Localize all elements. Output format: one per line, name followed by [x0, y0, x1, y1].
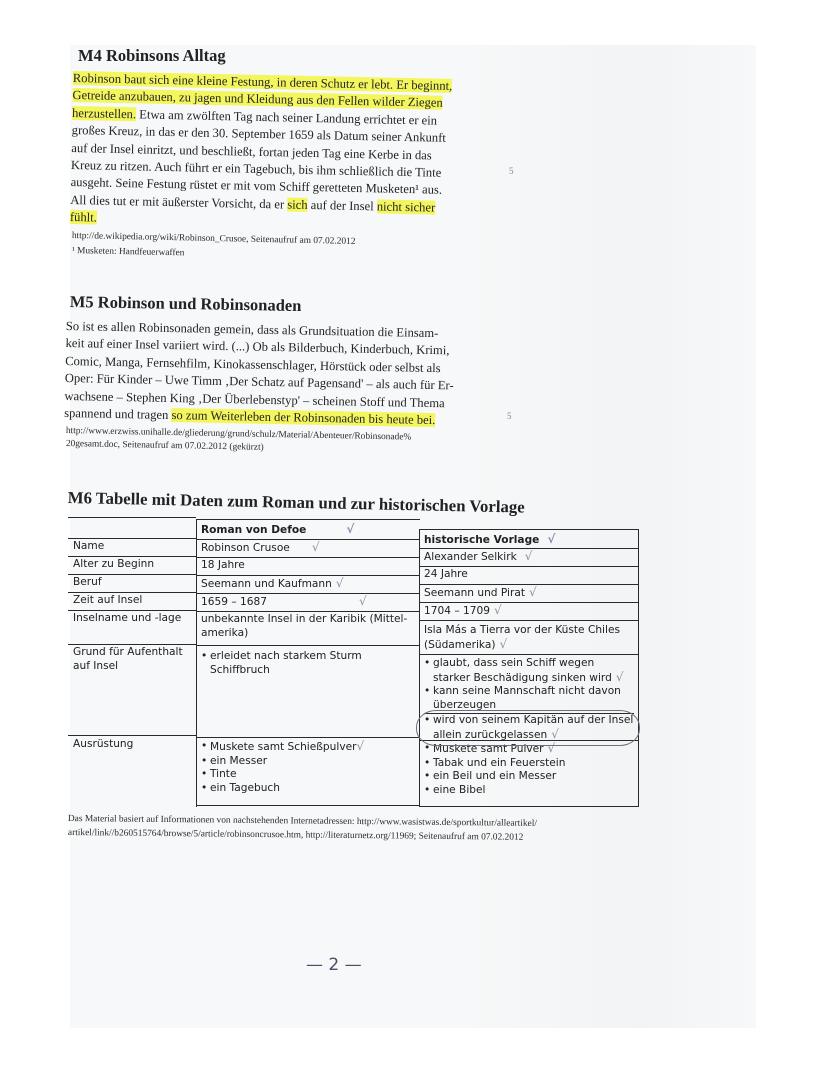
label-beruf: Beruf — [68, 575, 107, 591]
label-zeit: Zeit auf Insel — [68, 593, 147, 609]
highlighted-text: herzustellen. — [72, 106, 136, 121]
cell-roman-name: Robinson Crusoe√ — [196, 540, 324, 557]
page-number: — 2 — — [306, 955, 362, 975]
pen-circle-annotation — [416, 710, 640, 746]
label-name: Name — [68, 539, 109, 555]
check-mark-icon: √ — [494, 603, 502, 617]
list-item: erleidet nach starkem Sturm Schiffbruch — [201, 650, 415, 677]
cell-historisch-zeit: 1704 – 1709√ — [419, 603, 507, 620]
cell-historisch-name: Alexander Selkirk√ — [419, 549, 537, 566]
highlighted-text: fühlt. — [70, 210, 97, 225]
line-number: 5 — [507, 411, 512, 421]
label-ausruestung: Ausrüstung — [68, 737, 138, 753]
check-mark-icon: √ — [616, 670, 624, 684]
cell-roman-beruf: Seemann und Kaufmann√ — [196, 576, 348, 593]
check-mark-icon: √ — [529, 585, 537, 599]
m5-heading: M5 Robinson und Robinsonaden — [70, 292, 302, 316]
list-item: ein Tagebuch — [201, 782, 415, 796]
list-item-text: glaubt, dass sein Schiff wegen starker B… — [433, 657, 612, 684]
text-span: All dies tut er mit äußerster Vorsicht, … — [70, 193, 287, 212]
m5-text: So ist es allen Robinsonaden gemein, das… — [64, 318, 498, 431]
cell-text: Robinson Crusoe — [201, 542, 290, 554]
line-number: 5 — [509, 166, 514, 176]
list-item: ein Beil und ein Messer — [424, 770, 634, 784]
cell-historisch-ausruestung: Muskete samt Pulver√ Tabak und ein Feuer… — [419, 741, 639, 798]
list-item: glaubt, dass sein Schiff wegen starker B… — [424, 657, 634, 685]
list-item: Tinte — [201, 768, 415, 782]
cell-text: Seemann und Kaufmann — [201, 578, 332, 590]
m4-text: Robinson baut sich eine kleine Festung, … — [70, 70, 501, 236]
label-alter: Alter zu Beginn — [68, 557, 159, 573]
m4-heading: M4 Robinsons Alltag — [78, 46, 226, 66]
check-mark-icon: √ — [525, 549, 533, 563]
header-text: Roman von Defoe — [201, 524, 306, 536]
highlighted-text: sich — [287, 197, 308, 211]
cell-text: 1659 – 1687 — [201, 596, 267, 608]
cell-historisch-insel: Isla Más a Tierra vor der Küste Chiles (… — [419, 623, 637, 653]
cell-text: 1704 – 1709 — [424, 605, 490, 617]
header-text: historische Vorlage — [424, 534, 539, 546]
historisch-column: historische Vorlage√ Alexander Selkirk√ … — [419, 529, 639, 811]
highlighted-text: nicht sicher — [377, 199, 436, 214]
cell-text: Isla Más a Tierra vor der Küste Chiles (… — [424, 624, 620, 651]
check-mark-icon: √ — [346, 522, 354, 536]
row-labels-column: Name Alter zu Beginn Beruf Zeit auf Inse… — [68, 517, 196, 807]
header-roman: Roman von Defoe√ — [196, 522, 359, 539]
source-text: artikel/link//b260515764/browse/5/articl… — [68, 828, 523, 843]
cell-historisch-alter: 24 Jahre — [419, 567, 473, 583]
check-mark-icon: √ — [336, 576, 344, 590]
check-mark-icon: √ — [356, 739, 364, 753]
list-item: kann seine Mannschaft nicht davon überze… — [424, 685, 634, 712]
header-historisch: historische Vorlage√ — [419, 532, 560, 549]
cell-historisch-beruf: Seemann und Pirat√ — [419, 585, 542, 602]
roman-column: Roman von Defoe√ Robinson Crusoe√ 18 Jah… — [196, 519, 420, 809]
cell-roman-insel: unbekannte Insel in der Karibik (Mittel-… — [196, 612, 414, 641]
cell-roman-zeit: 1659 – 1687√ — [196, 594, 420, 611]
list-item: Tabak und ein Feuerstein — [424, 757, 634, 771]
m4-footnote: ¹ Musketen: Handfeuerwaffen — [72, 245, 185, 260]
text-span: spannend und tragen — [64, 406, 172, 422]
cell-roman-ausruestung: Muskete samt Schießpulver√ ein Messer Ti… — [196, 739, 420, 796]
label-insel: Inselname und -lage — [68, 611, 186, 627]
list-item: Muskete samt Schießpulver√ — [201, 740, 415, 755]
list-item-text: Muskete samt Schießpulver — [210, 741, 356, 753]
check-mark-icon: √ — [359, 594, 367, 608]
check-mark-icon: √ — [547, 532, 555, 546]
cell-roman-alter: 18 Jahre — [196, 558, 250, 574]
cell-roman-grund: erleidet nach starkem Sturm Schiffbruch — [196, 649, 420, 678]
list-item: eine Bibel — [424, 784, 634, 798]
check-mark-icon: √ — [500, 637, 508, 651]
check-mark-icon: √ — [312, 540, 320, 554]
cell-text: Seemann und Pirat — [424, 587, 525, 599]
list-item: ein Messer — [201, 755, 415, 769]
label-grund: Grund für Aufenthalt auf Insel — [68, 645, 193, 674]
highlighted-text: so zum Weiterleben der Robinsonaden bis … — [171, 408, 435, 427]
text-span: auf der Insel — [307, 198, 377, 213]
cell-text: Alexander Selkirk — [424, 551, 517, 563]
